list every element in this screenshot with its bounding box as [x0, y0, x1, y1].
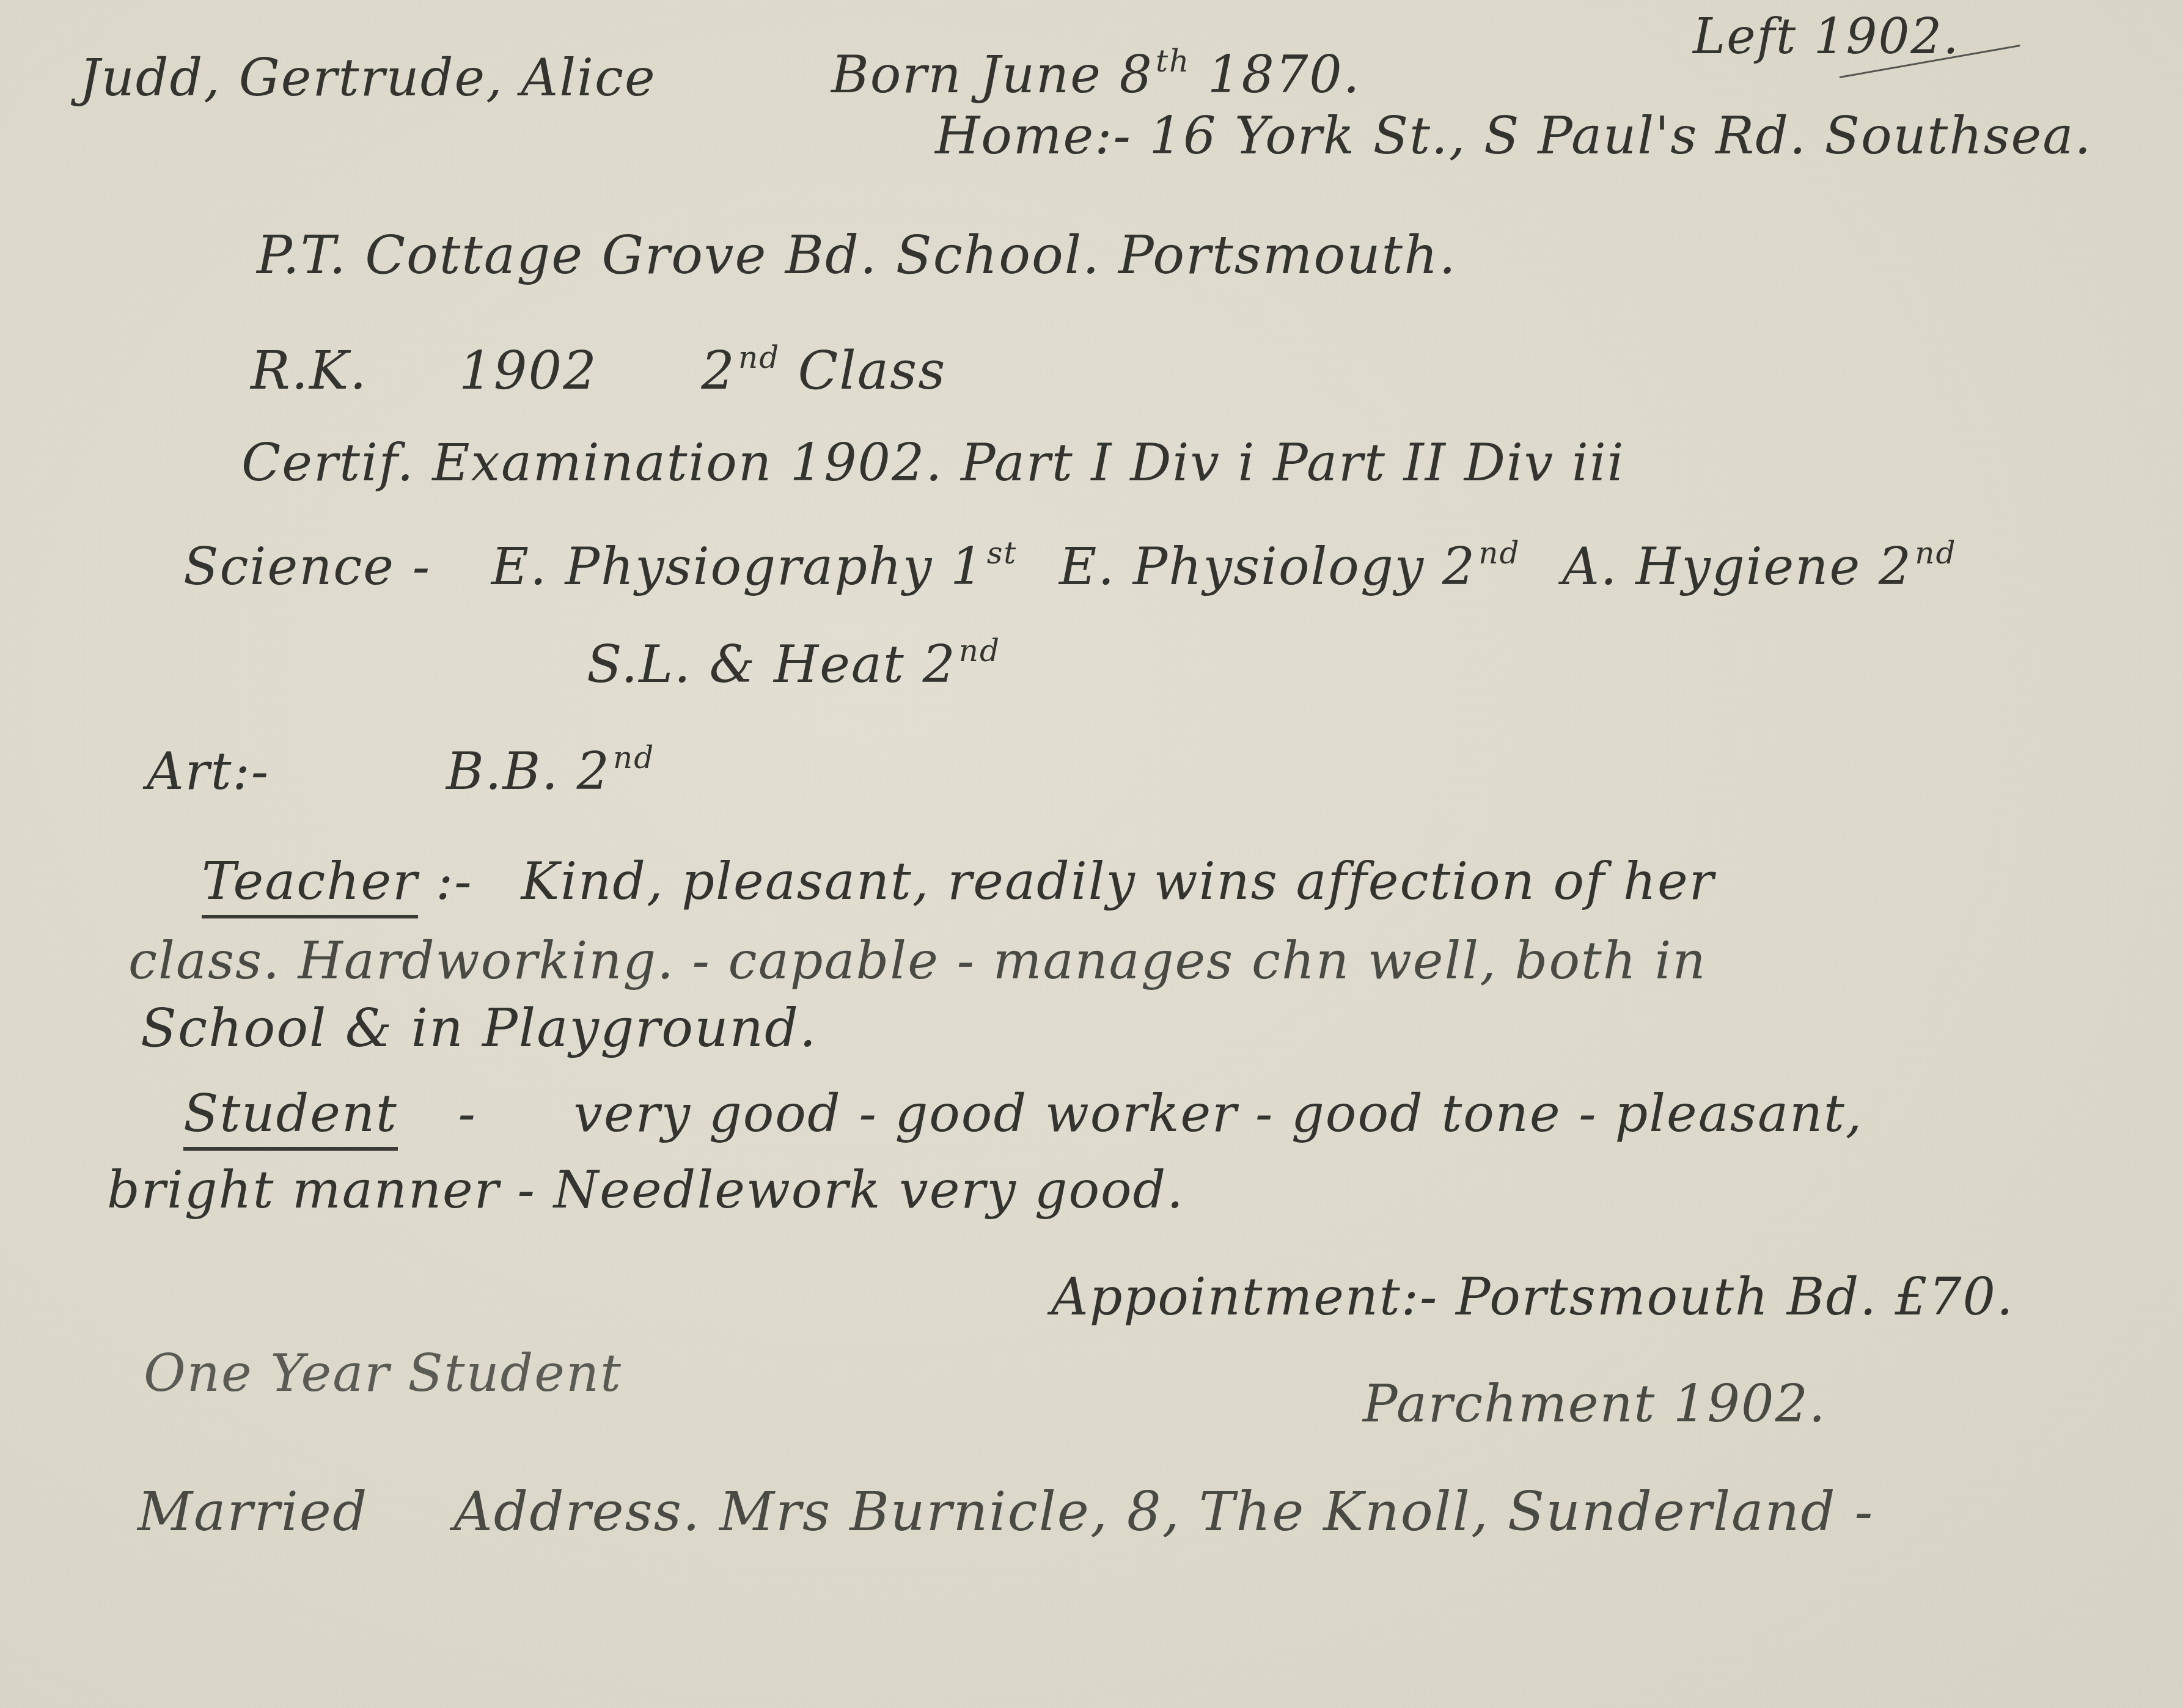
student-name: Judd, Gertrude, Alice: [79, 52, 656, 103]
rk-class-number: 2: [701, 340, 736, 401]
science-hygiene: A. Hygiene 2nd: [1562, 537, 1956, 596]
birth-info: Born June 8th 1870.: [831, 46, 1360, 100]
teacher-label: Teacher: [202, 851, 418, 918]
student-separator: -: [458, 1083, 476, 1143]
rk-line: R.K. 1902 2nd Class: [251, 342, 946, 397]
student-label: Student: [183, 1083, 398, 1151]
record-page: Judd, Gertrude, Alice Born June 8th 1870…: [0, 0, 2183, 1708]
married-label: Married: [138, 1480, 368, 1543]
born-date: June 8: [980, 45, 1153, 104]
teacher-remark-2: class. Hardworking. - capable - manages …: [128, 935, 1706, 986]
art-value-suffix: nd: [613, 740, 655, 775]
student-remark-2: bright manner - Needlework very good.: [107, 1164, 1184, 1215]
home-address: Home:- 16 York St., S Paul's Rd. Southse…: [935, 110, 2092, 161]
born-label: Born: [831, 45, 963, 104]
teacher-remark-3: School & in Playground.: [141, 1002, 817, 1055]
rk-year: 1902: [459, 340, 598, 401]
art-label: Art:-: [147, 741, 270, 801]
appointment: Appointment:- Portsmouth Bd. £70.: [1051, 1271, 2014, 1322]
married-address: Address. Mrs Burnicle, 8, The Knoll, Sun…: [453, 1480, 1874, 1543]
left-note: Left 1902.: [1693, 12, 1960, 61]
student-line-1: Student - very good - good worker - good…: [183, 1088, 1863, 1139]
born-year: 1870.: [1208, 45, 1360, 104]
student-remark-1: very good - good worker - good tone - pl…: [574, 1083, 1863, 1143]
one-year-student-note: One Year Student: [144, 1347, 622, 1399]
married-line: Married Address. Mrs Burnicle, 8, The Kn…: [138, 1485, 1874, 1539]
born-date-suffix: th: [1156, 43, 1190, 79]
science-line: Science - E. Physiography 1st E. Physiol…: [183, 538, 1956, 592]
science-physiography: E. Physiography 1st: [491, 537, 1018, 596]
rk-class-suffix: nd: [738, 340, 780, 375]
rk-label: R.K.: [251, 340, 368, 401]
science-physiology: E. Physiology 2nd: [1059, 537, 1520, 596]
science-sl-heat: S.L. & Heat 2nd: [587, 636, 1000, 690]
science-label: Science -: [183, 537, 431, 596]
certificate-exam-line: Certif. Examination 1902. Part I Div i P…: [241, 437, 1625, 488]
art-value: B.B. 2: [446, 741, 611, 801]
teacher-separator: :-: [436, 851, 473, 911]
teacher-remark-1: Kind, pleasant, readily wins affection o…: [521, 851, 1714, 911]
art-line: Art:- B.B. 2nd: [147, 742, 655, 797]
parchment: Parchment 1902.: [1363, 1378, 1827, 1429]
rk-class-text: Class: [798, 340, 947, 401]
teacher-line-1: Teacher :- Kind, pleasant, readily wins …: [202, 856, 1715, 907]
pupil-teacher-line: P.T. Cottage Grove Bd. School. Portsmout…: [257, 229, 1457, 282]
